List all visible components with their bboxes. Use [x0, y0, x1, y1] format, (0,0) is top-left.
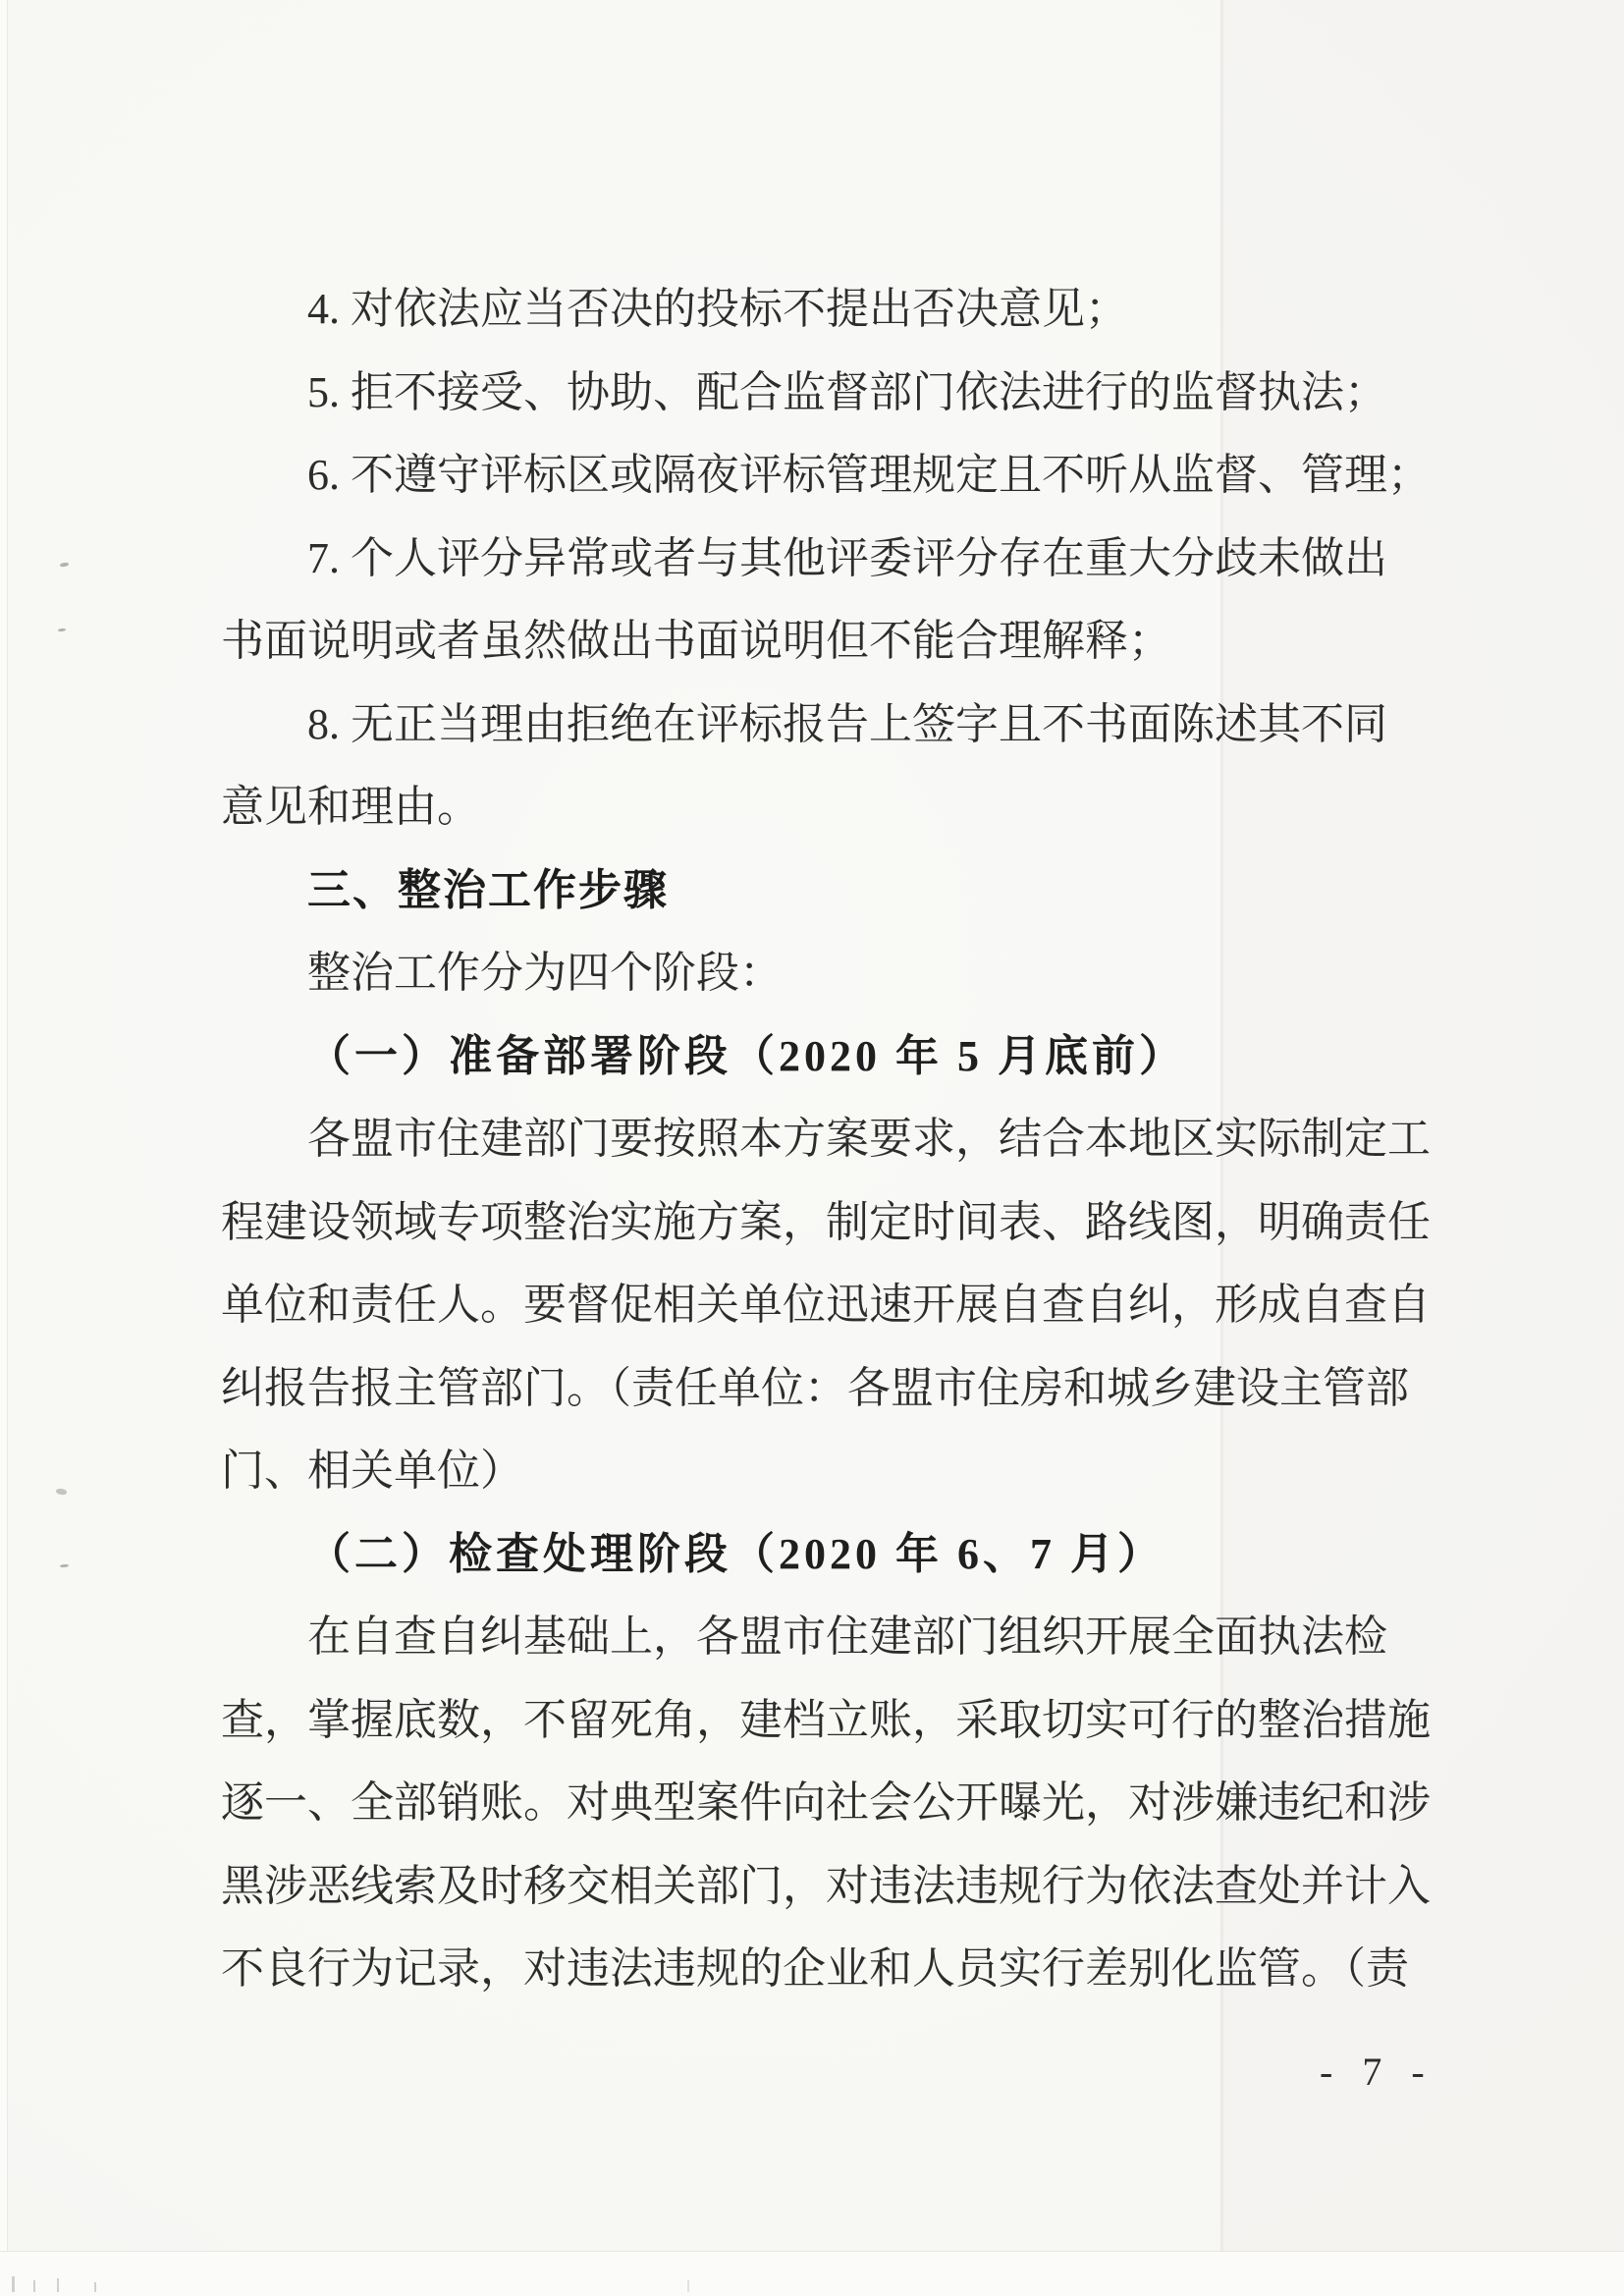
text-line: 5. 拒不接受、协助、配合监督部门依法进行的监督执法； — [221, 352, 1438, 435]
text-line: 意见和理由。 — [221, 766, 1438, 849]
text-line: 不良行为记录，对违法违规的企业和人员实行差别化监管。（责 — [221, 1928, 1438, 2011]
text-line: 各盟市住建部门要按照本方案要求，结合本地区实际制定工 — [221, 1098, 1438, 1181]
text-line: 纠报告报主管部门。（责任单位：各盟市住房和城乡建设主管部 — [221, 1347, 1438, 1431]
scan-artifact-tick — [94, 2282, 96, 2292]
text-line: 6. 不遵守评标区或隔夜评标管理规定且不听从监督、管理； — [221, 434, 1438, 518]
text-line: 三、整治工作步骤 — [221, 849, 1438, 933]
text-line: 程建设领域专项整治实施方案，制定时间表、路线图，明确责任 — [221, 1181, 1438, 1265]
text-line: 查，掌握底数，不留死角，建档立账，采取切实可行的整治措施 — [221, 1679, 1438, 1763]
text-line: 逐一、全部销账。对典型案件向社会公开曝光，对涉嫌违纪和涉 — [221, 1762, 1438, 1845]
text-line: 4. 对依法应当否决的投标不提出否决意见； — [221, 268, 1438, 352]
scan-artifact-tick — [12, 2276, 15, 2292]
document-lines: 4. 对依法应当否决的投标不提出否决意见；5. 拒不接受、协助、配合监督部门依法… — [221, 268, 1438, 2011]
text-line: 8. 无正当理由拒绝在评标报告上签字且不书面陈述其不同 — [221, 683, 1438, 767]
text-line: 书面说明或者虽然做出书面说明但不能合理解释； — [221, 600, 1438, 683]
scan-artifact-tick — [57, 2278, 59, 2292]
text-line: 单位和责任人。要督促相关单位迅速开展自查自纠，形成自查自 — [221, 1264, 1438, 1347]
text-line: 在自查自纠基础上，各盟市住建部门组织开展全面执法检 — [221, 1596, 1438, 1679]
scan-artifact-bottom-page-edge — [0, 2251, 1624, 2296]
scan-artifact-speck — [58, 629, 66, 632]
text-line: （一）准备部署阶段（2020 年 5 月底前） — [221, 1015, 1438, 1099]
scan-artifact-tick — [687, 2280, 689, 2292]
text-line: （二）检查处理阶段（2020 年 6、7 月） — [221, 1513, 1438, 1597]
scan-artifact-tick — [33, 2280, 35, 2292]
scan-artifact-speck — [60, 1564, 69, 1568]
scan-artifact-speck — [60, 562, 70, 568]
scan-artifact-left-page-edge — [0, 0, 8, 2296]
scan-artifact-speck — [56, 1488, 68, 1495]
text-line: 门、相关单位） — [221, 1430, 1438, 1513]
text-line: 7. 个人评分异常或者与其他评委评分存在重大分歧未做出 — [221, 518, 1438, 601]
page-number: - 7 - — [1320, 2049, 1435, 2095]
text-line: 黑涉恶线索及时移交相关部门，对违法违规行为依法查处并计入 — [221, 1845, 1438, 1929]
scanned-page: 4. 对依法应当否决的投标不提出否决意见；5. 拒不接受、协助、配合监督部门依法… — [0, 0, 1624, 2296]
text-line: 整治工作分为四个阶段： — [221, 932, 1438, 1015]
